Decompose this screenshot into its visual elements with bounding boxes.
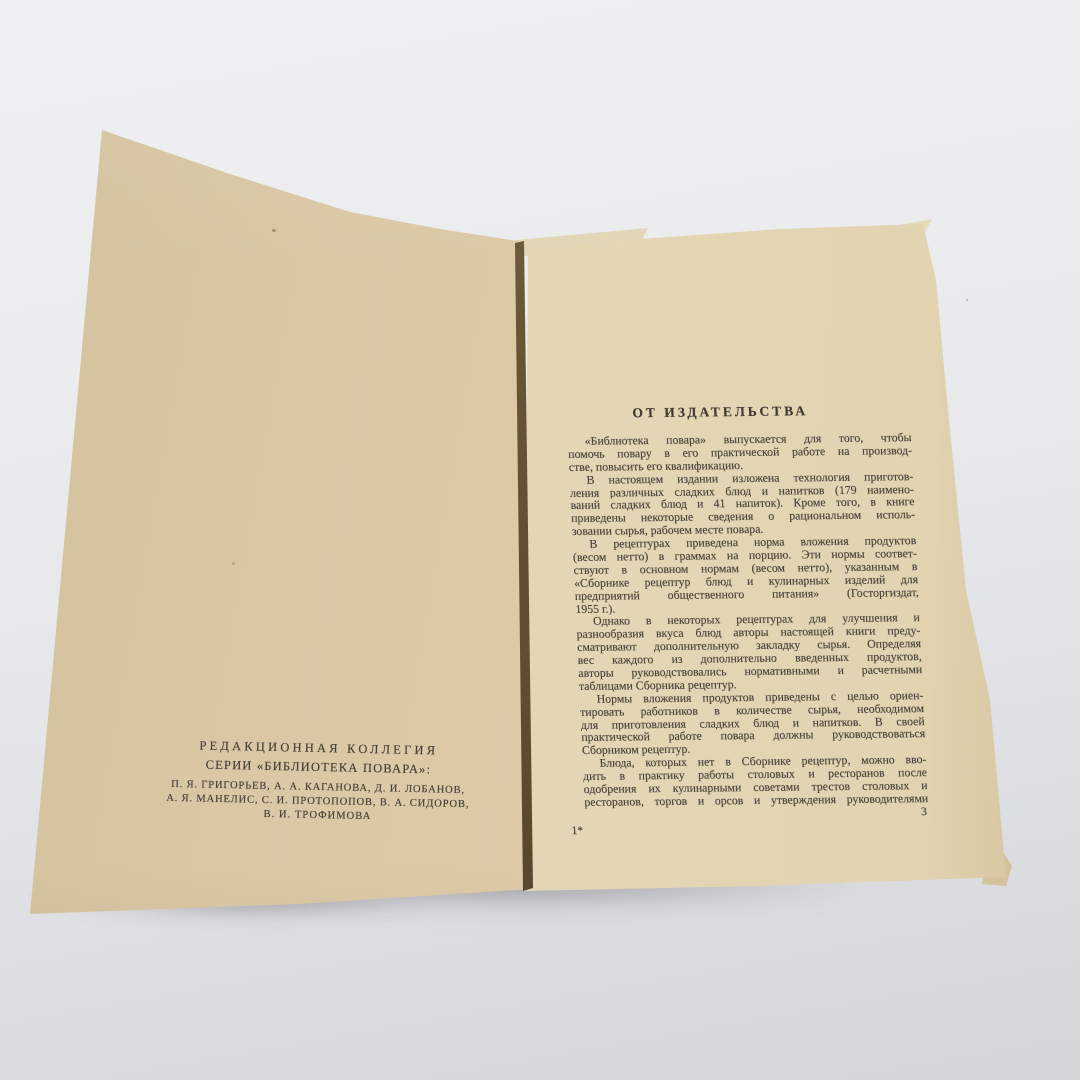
book-photo: РЕДАКЦИОННАЯ КОЛЛЕГИЯСЕРИИ «БИБЛИОТЕКА П… bbox=[0, 0, 1080, 1080]
dust-speck bbox=[966, 299, 968, 301]
editorial-line: РЕДАКЦИОННАЯ КОЛЛЕГИЯ bbox=[162, 738, 476, 760]
page-body-text: «Библиотека повара» выпускается для того… bbox=[567, 431, 928, 809]
foreword-heading: ОТ ИЗДАТЕЛЬСТВА bbox=[566, 403, 875, 422]
editorial-board-text: РЕДАКЦИОННАЯ КОЛЛЕГИЯСЕРИИ «БИБЛИОТЕКА П… bbox=[160, 738, 476, 826]
paper-speck bbox=[272, 229, 276, 232]
paper-speck bbox=[232, 562, 235, 565]
foreword-text-block: ОТ ИЗДАТЕЛЬСТВА «Библиотека повара» выпу… bbox=[566, 402, 930, 843]
editorial-line: СЕРИИ «БИБЛИОТЕКА ПОВАРА»: bbox=[161, 757, 475, 779]
signature-mark: 1* bbox=[571, 825, 583, 837]
page-number: 3 bbox=[921, 806, 927, 818]
page-footer: 1* 3 bbox=[585, 805, 930, 843]
